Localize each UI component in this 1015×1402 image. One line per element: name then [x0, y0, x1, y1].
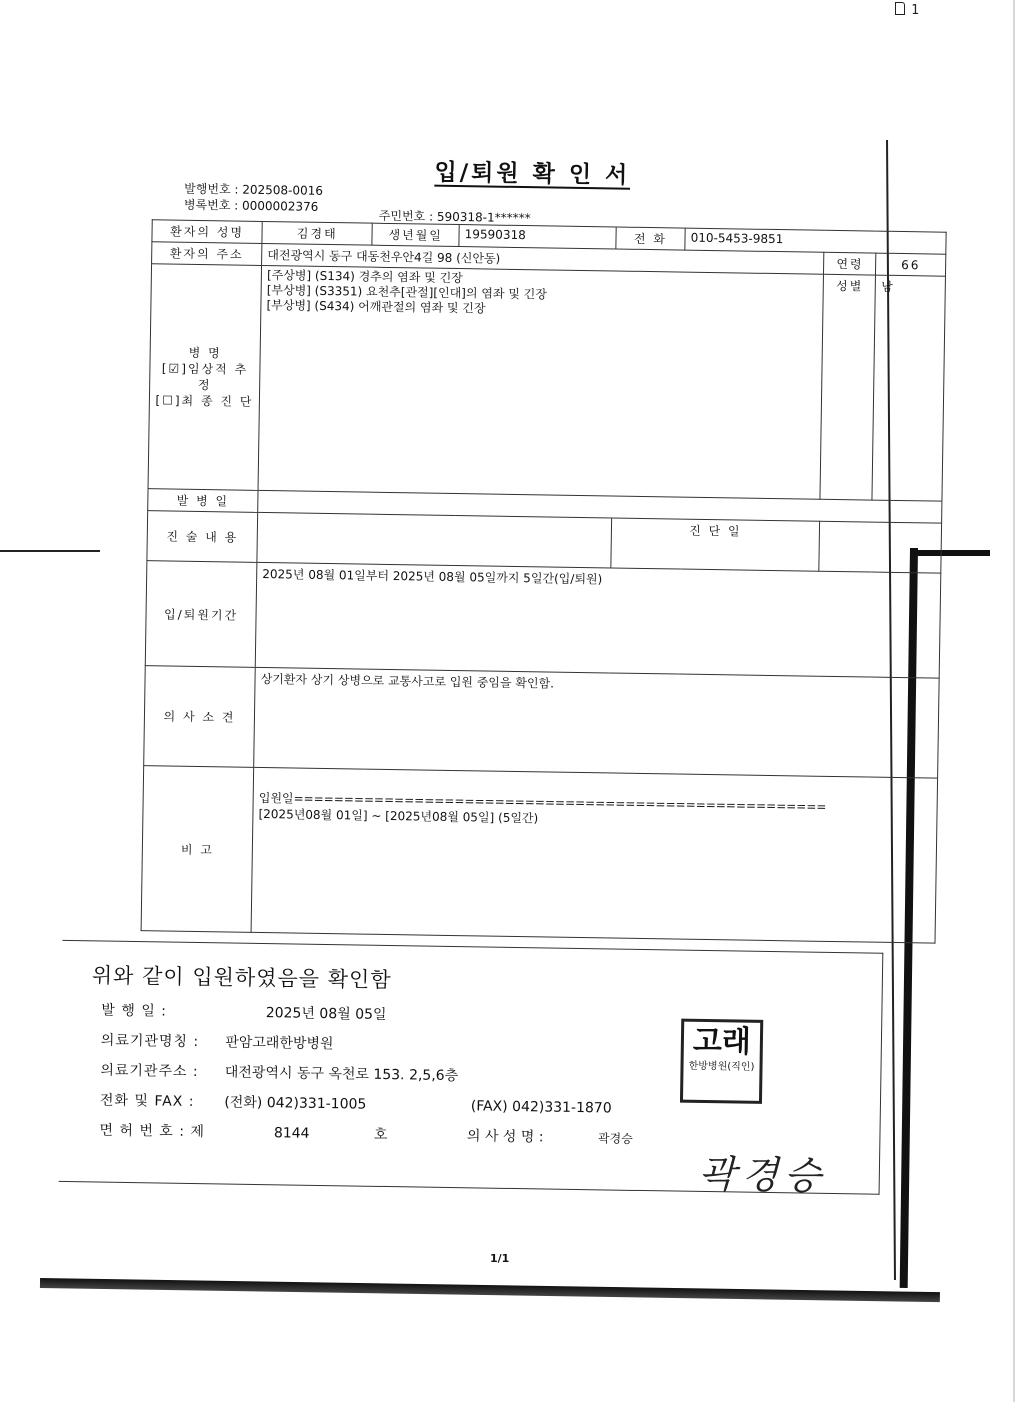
doctor-signature: 곽경승 — [698, 1143, 827, 1200]
birth-value: 19590318 — [459, 225, 616, 249]
admission-certificate: 입/퇴원 확 인 서 발행번호 : 202508-0016 병록번호 : 000… — [58, 140, 895, 1213]
phone-label: 전 화 — [615, 227, 685, 250]
clinical-estimate-checkbox[interactable]: [☑]임상적 추정 — [155, 360, 255, 394]
tel-fax-row: 전화 및 FAX : (전화) 042)331-1005 (FAX) 042)3… — [100, 1090, 612, 1118]
issue-date-row: 발 행 일 : 2025년 08월 05일 — [101, 1000, 386, 1024]
telephone: (전화) 042)331-1005 — [224, 1094, 366, 1112]
statement-label: 진 술 내 용 — [147, 511, 258, 563]
statement-value — [257, 512, 611, 568]
diagnosis-date-label: 진 단 일 — [610, 518, 819, 571]
document-title: 입/퇴원 확 인 서 — [434, 154, 630, 190]
institution-address-row: 의료기관주소 : 대전광역시 동구 옥천로 153. 2,5,6층 — [100, 1060, 458, 1086]
institution-row: 의료기관명칭 : 판암고래한방병원 — [101, 1030, 334, 1054]
license-row: 면 허 번 호 : 제 8144 호 의 사 성 명 : 곽경승 — [99, 1120, 633, 1148]
confirmation-statement: 위와 같이 입원하였음을 확인함 — [92, 959, 392, 994]
diagnosis-date-value — [819, 521, 942, 573]
opinion-label: 의 사 소 견 — [144, 666, 256, 768]
disease-label-cell: 병 명 [☑]임상적 추정 [☐]최 종 진 단 — [148, 264, 262, 491]
doctor-label: 의 사 성 명 : — [467, 1128, 544, 1145]
scan-shadow-bottom — [40, 1278, 940, 1302]
birth-label: 생년월일 — [372, 223, 459, 246]
record-number: 병록번호 : 0000002376 — [184, 196, 319, 215]
page-indicator: 1 — [895, 2, 919, 18]
certificate-footer: 위와 같이 입원하였음을 확인함 발 행 일 : 2025년 08월 05일 의… — [59, 940, 884, 1195]
age-value: 66 — [876, 253, 946, 276]
period-label: 입/퇴원기간 — [145, 561, 257, 668]
sex-label: 성별 — [820, 274, 876, 500]
institution-address: 대전광역시 동구 옥천로 153. 2,5,6층 — [225, 1064, 459, 1084]
remarks-label: 비 고 — [141, 766, 254, 933]
page-number: 1 — [911, 3, 919, 18]
onset-label: 발 병 일 — [148, 489, 258, 513]
patient-name-label: 환자의 성명 — [152, 220, 262, 244]
period-value: 2025년 08월 01일부터 2025년 08월 05일까지 5일간(입/퇴원… — [255, 562, 940, 678]
disease-label: 병 명 — [156, 344, 255, 362]
institution-name: 판암고래한방병원 — [225, 1034, 333, 1052]
hospital-seal-stamp: 고래 한방병원(직인) — [680, 1019, 763, 1104]
opinion-value: 상기환자 상기 상병으로 교통사고로 입원 중임을 확인함. — [254, 667, 939, 778]
certificate-form: 환자의 성명 김경태 생년월일 19590318 전 화 010-5453-98… — [141, 219, 947, 943]
page-count: 1/1 — [490, 1252, 509, 1265]
issue-date: 2025년 08월 05일 — [266, 1005, 387, 1023]
document-icon — [895, 2, 905, 15]
age-label: 연령 — [824, 252, 876, 275]
license-number: 8144 — [274, 1125, 310, 1142]
final-diagnosis-checkbox[interactable]: [☐]최 종 진 단 — [155, 392, 254, 410]
diagnosis-list: [주상병] (S134) 경추의 염좌 및 긴장 [부상병] (S3351) 요… — [258, 265, 824, 499]
doctor-name: 곽경승 — [598, 1131, 633, 1146]
fax: (FAX) 042)331-1870 — [471, 1098, 612, 1116]
sex-value: 남 — [872, 275, 945, 501]
address-label: 환자의 주소 — [152, 242, 262, 266]
remarks-value: 입원일=====================================… — [251, 767, 937, 943]
patient-name: 김경태 — [262, 221, 372, 245]
